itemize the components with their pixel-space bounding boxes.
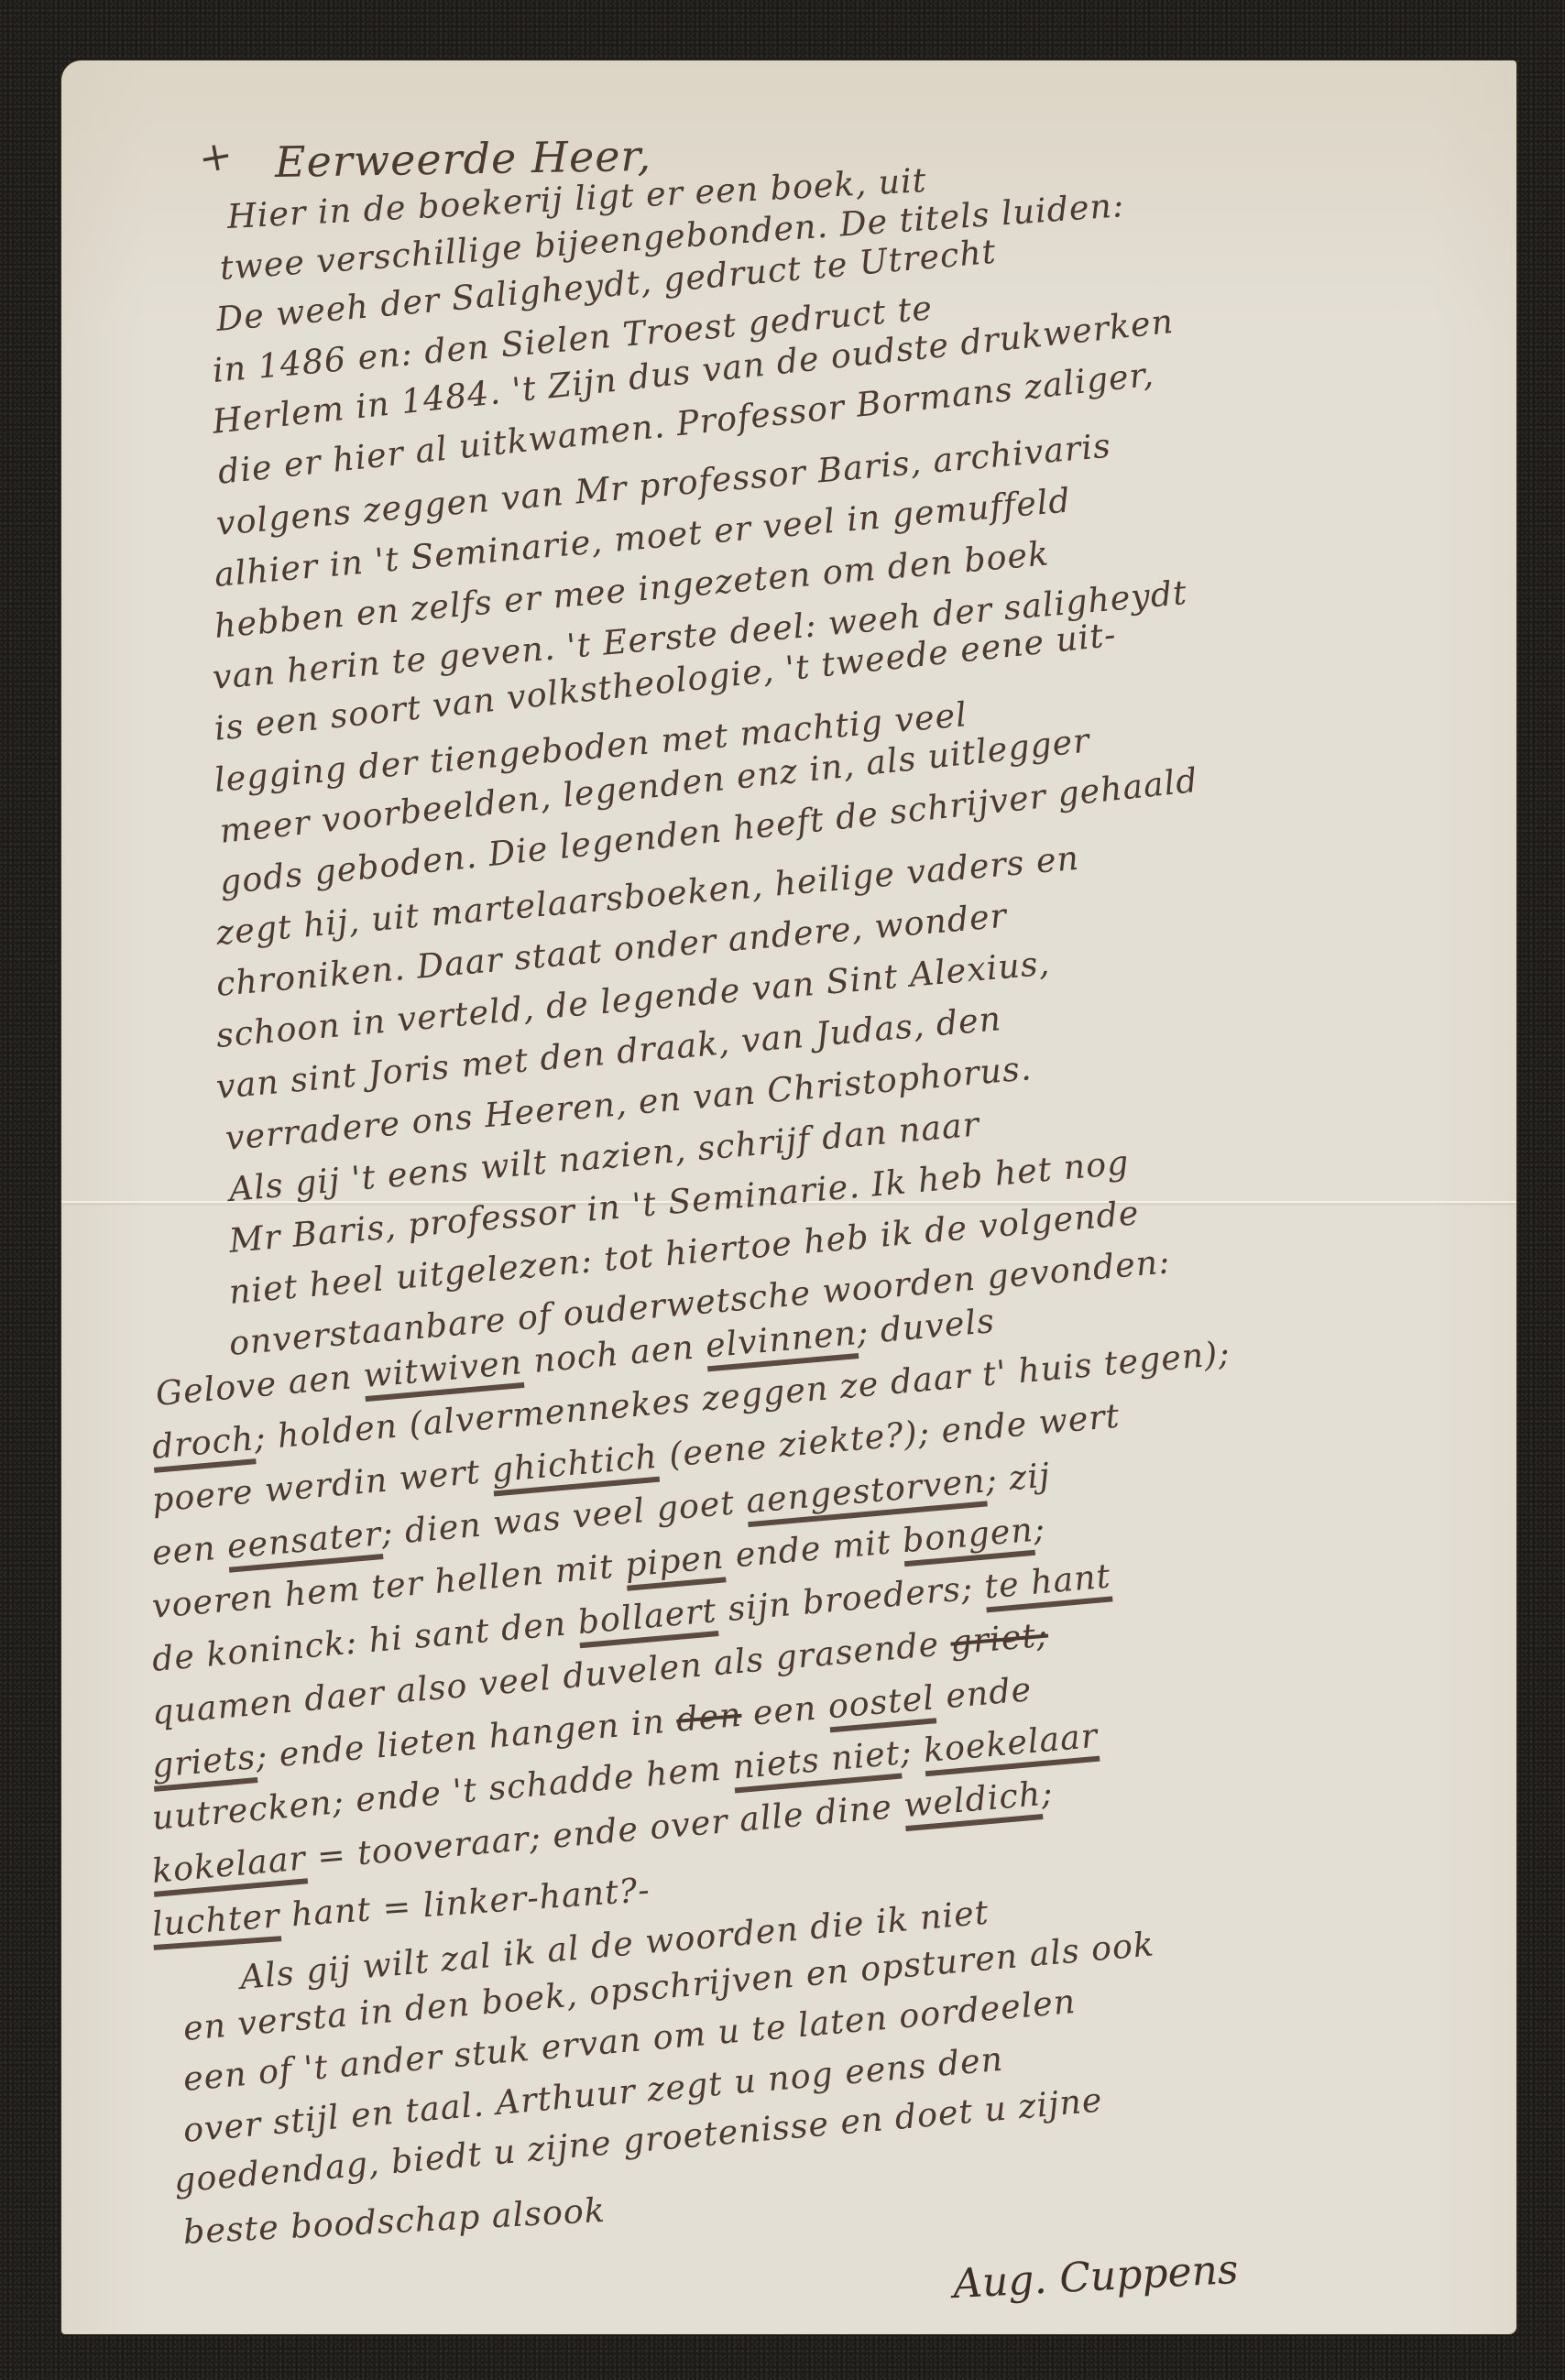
text-fragment: ; zij <box>983 1455 1052 1500</box>
corner-cross-mark: + <box>195 131 236 183</box>
text-fragment: ende <box>933 1669 1034 1717</box>
salutation: Eerweerde Heer, <box>275 131 652 187</box>
struck-word: den <box>674 1694 743 1739</box>
text-fragment: een <box>739 1687 829 1733</box>
text-fragment: ; <box>898 1731 925 1773</box>
struck-word: griet; <box>949 1614 1050 1662</box>
underlined-word: griets <box>150 1737 257 1785</box>
text-fragment: een <box>150 1527 229 1573</box>
